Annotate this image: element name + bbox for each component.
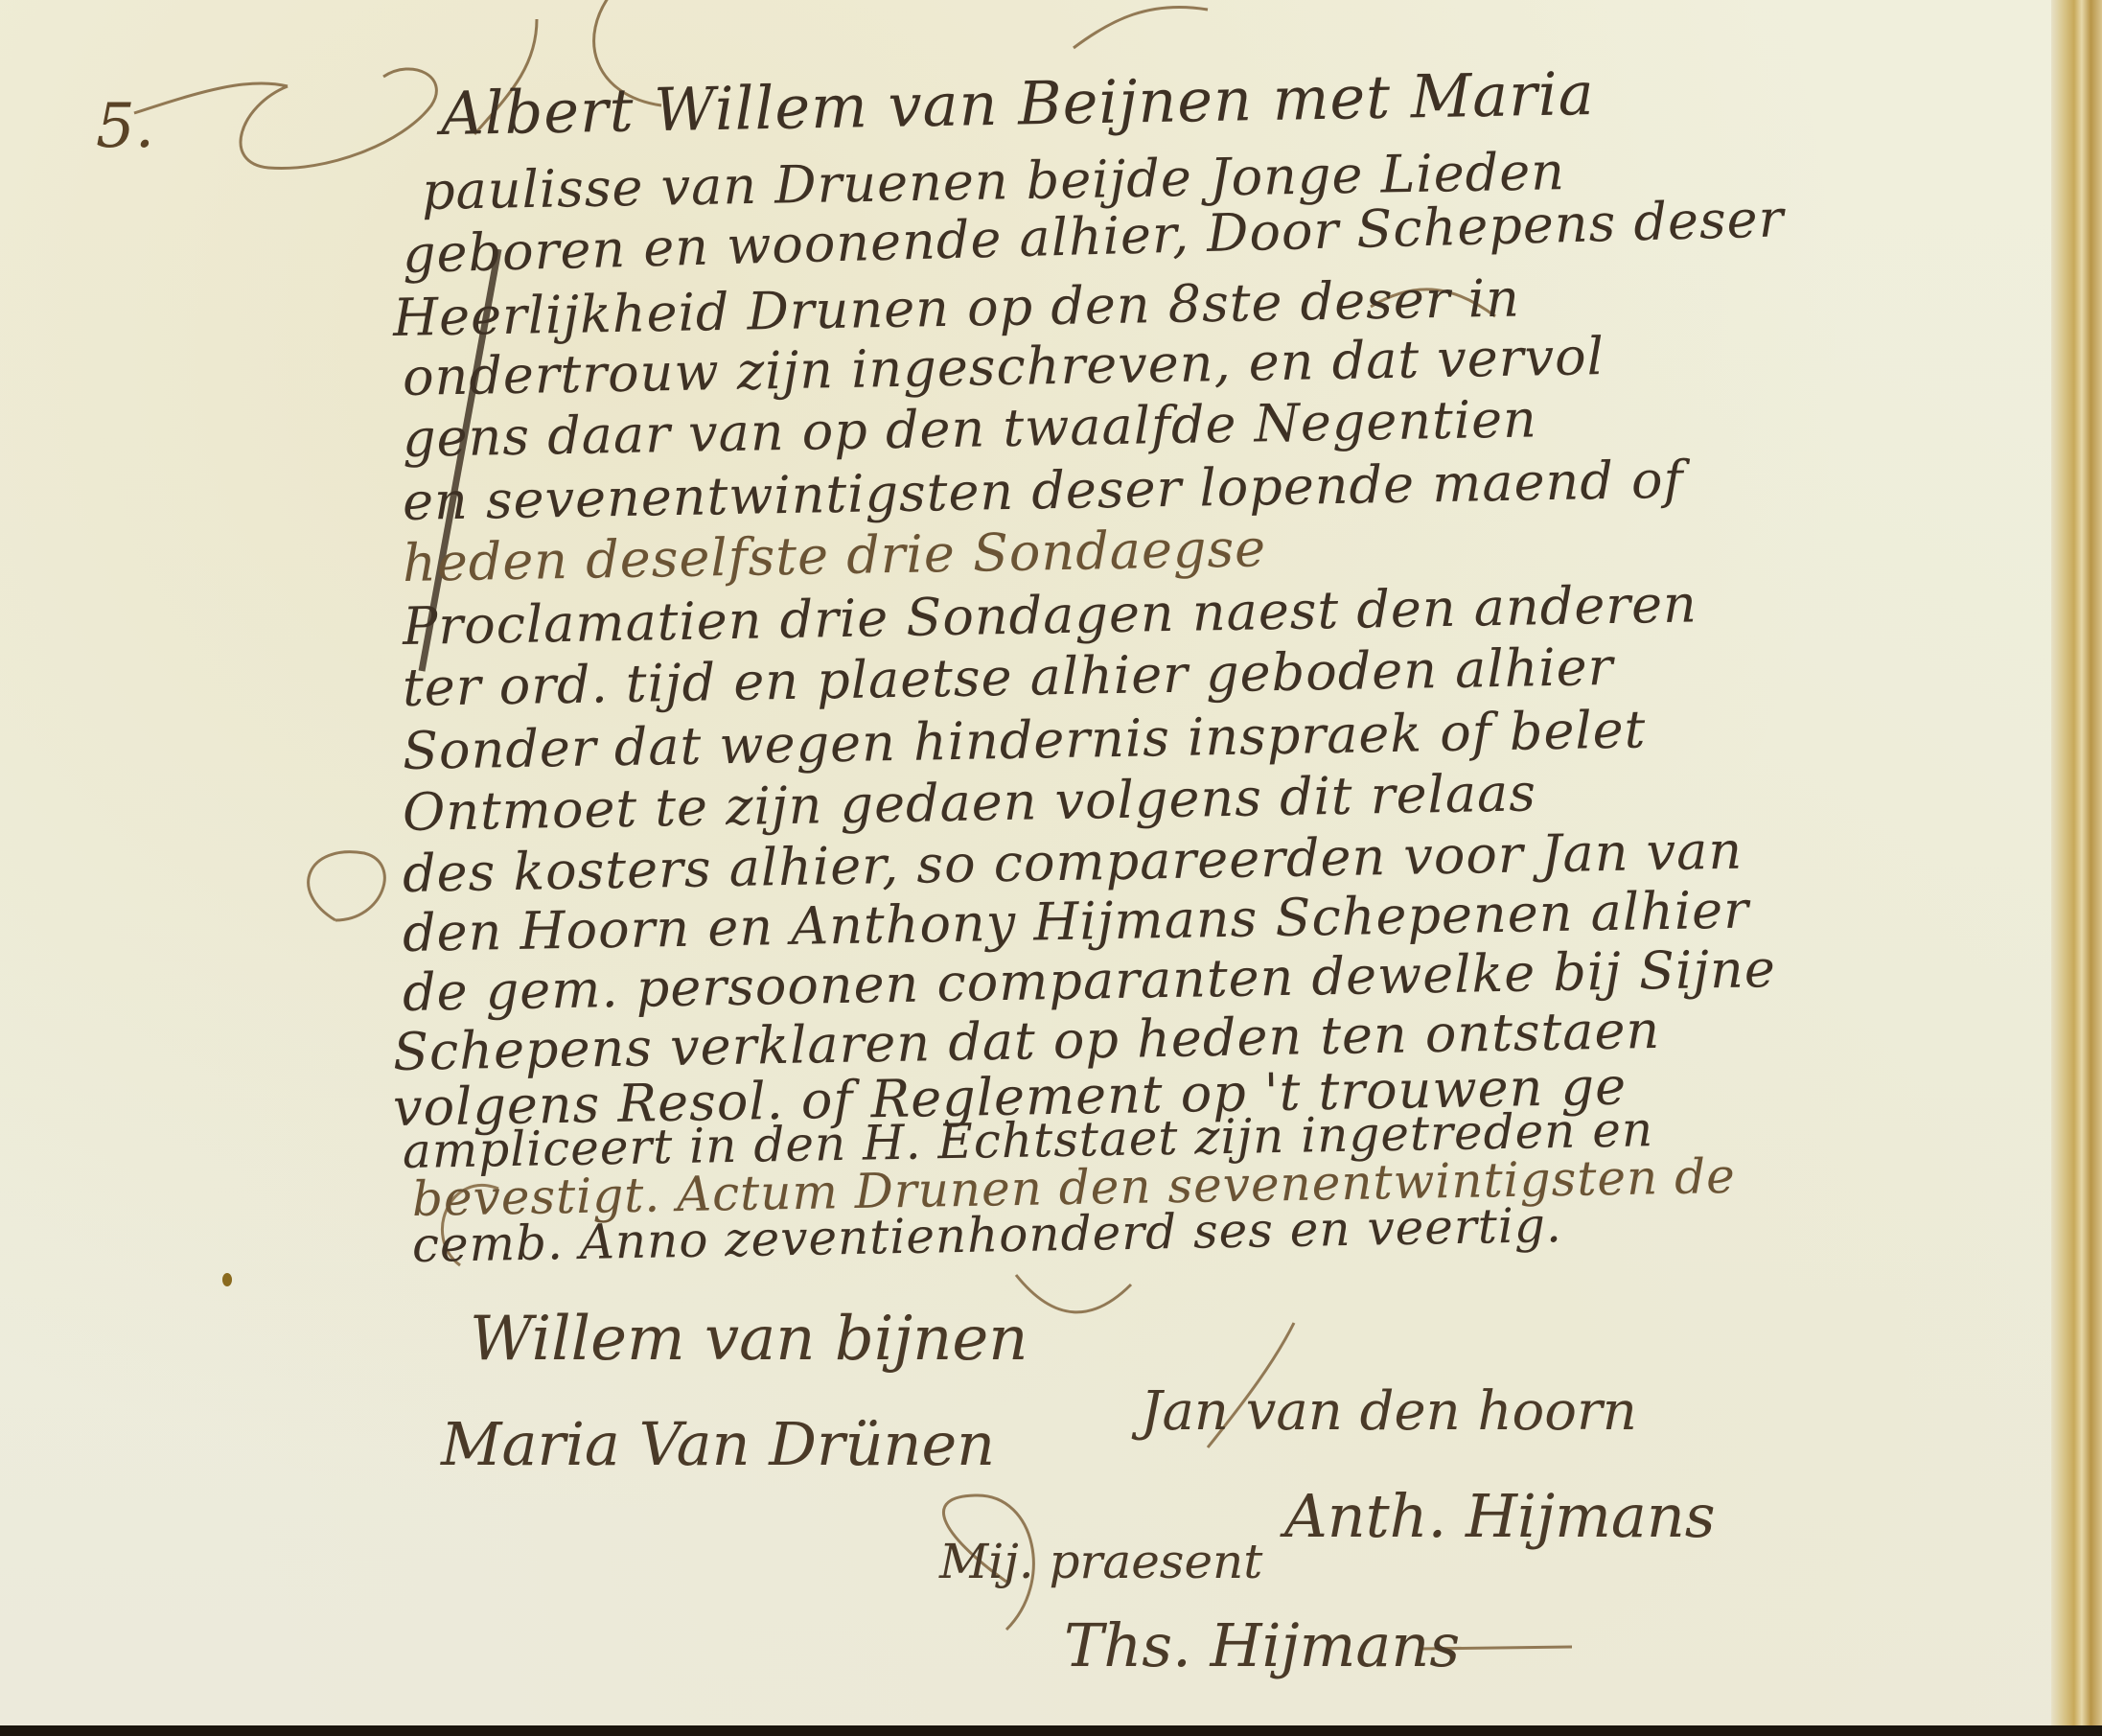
manuscript-page: 5. Albert Willem van Beijnen met Maria p… xyxy=(0,0,2061,1725)
ink-spot xyxy=(222,1273,232,1286)
signature-praesent: Mij. praesent xyxy=(939,1534,1262,1589)
book-page-edge xyxy=(2051,0,2102,1725)
signature-anth-hijmans: Anth. Hijmans xyxy=(1284,1481,1716,1551)
signature-bride: Maria Van Drünen xyxy=(441,1409,995,1479)
text-line-1: Albert Willem van Beijnen met Maria xyxy=(440,58,1595,149)
signature-jan-van-den-hoorn: Jan van den hoorn xyxy=(1141,1380,1637,1443)
book-bottom-edge xyxy=(0,1725,2102,1736)
signature-groom: Willem van bijnen xyxy=(470,1304,1028,1375)
margin-entry-number: 5. xyxy=(96,91,154,162)
signature-ths-hijmans: Ths. Hijmans xyxy=(1064,1610,1460,1680)
